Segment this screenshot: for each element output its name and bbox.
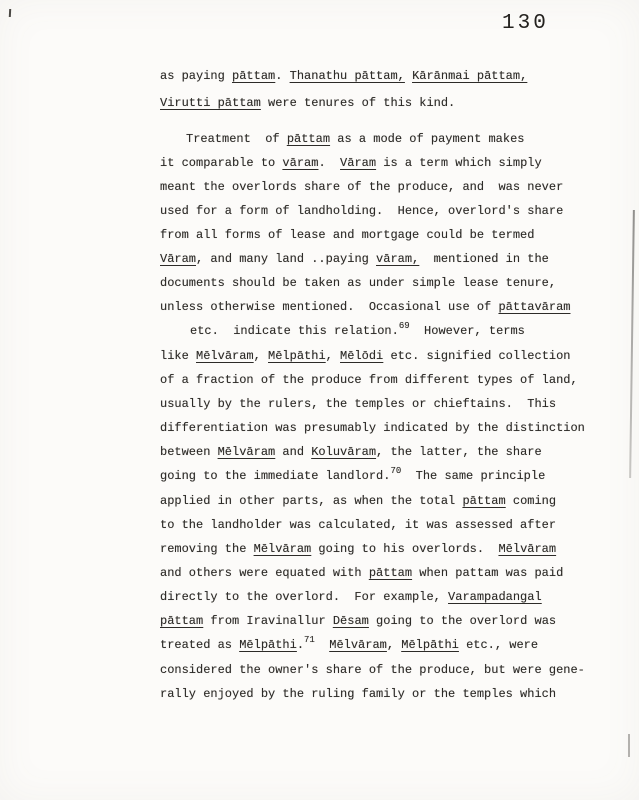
- underlined-term: Mēlvāram: [196, 349, 254, 363]
- underlined-term: Kārānmai pāttam,: [412, 69, 527, 83]
- text-line: going to the immediate landlord.70 The s…: [160, 464, 603, 489]
- text-line: directly to the overlord. For example, V…: [160, 585, 603, 609]
- underlined-term: Mēlpāthi: [239, 638, 297, 652]
- text-run: treated as: [160, 638, 239, 652]
- text-run: ,: [254, 349, 268, 363]
- text-line: documents should be taken as under simpl…: [160, 271, 603, 295]
- text-line: Treatment of pāttam as a mode of payment…: [160, 127, 603, 151]
- scanned-page: 130 as paying pāttam. Thanathu pāttam, K…: [0, 0, 639, 800]
- text-run: etc., were: [459, 638, 538, 652]
- text-line: differentiation was presumably indicated…: [160, 416, 603, 440]
- scan-artifact-line: [628, 734, 630, 757]
- text-line: it comparable to vāram. Vāram is a term …: [160, 151, 603, 175]
- text-run: etc. indicate this relation.: [190, 324, 399, 338]
- text-run: unless otherwise mentioned. Occasional u…: [160, 300, 498, 314]
- footnote-reference: 69: [399, 321, 410, 331]
- text-line: as paying pāttam. Thanathu pāttam, Kārān…: [160, 63, 603, 90]
- text-line: applied in other parts, as when the tota…: [160, 489, 603, 513]
- text-run: considered the owner's share of the prod…: [160, 663, 585, 677]
- text-line: unless otherwise mentioned. Occasional u…: [160, 295, 603, 319]
- underlined-term: Varampadangal: [448, 590, 542, 604]
- text-run: ,: [387, 638, 401, 652]
- text-run: and others were equated with: [160, 566, 369, 580]
- text-line: rally enjoyed by the ruling family or th…: [160, 682, 603, 706]
- text-run: going to his overlords.: [311, 542, 498, 556]
- underlined-term: Mēlpāthi: [268, 349, 326, 363]
- text-run: .: [297, 638, 304, 652]
- text-block: as paying pāttam. Thanathu pāttam, Kārān…: [0, 0, 639, 800]
- text-run: it comparable to: [160, 156, 282, 170]
- text-run: etc. signified collection: [383, 349, 570, 363]
- text-run: ,: [326, 349, 340, 363]
- text-run: The same principle: [401, 469, 545, 483]
- text-line: etc. indicate this relation.69 However, …: [160, 319, 603, 344]
- text-run: [405, 69, 412, 83]
- text-line: meant the overlords share of the produce…: [160, 175, 603, 199]
- text-run: from Iravinallur: [203, 614, 333, 628]
- text-run: like: [160, 349, 196, 363]
- text-run: from all forms of lease and mortgage cou…: [160, 228, 534, 242]
- text-run: as paying: [160, 69, 232, 83]
- text-run: .: [275, 69, 289, 83]
- text-run: mentioned in the: [419, 252, 549, 266]
- underlined-term: Dēsam: [333, 614, 369, 628]
- text-run: going to the overlord was: [369, 614, 556, 628]
- footnote-reference: 71: [304, 635, 315, 645]
- underlined-term: Vāram: [160, 252, 196, 266]
- underlined-term: Thanathu pāttam,: [290, 69, 405, 83]
- text-line: between Mēlvāram and Koluvāram, the latt…: [160, 440, 603, 464]
- text-line: Virutti pāttam were tenures of this kind…: [160, 90, 603, 117]
- text-run: directly to the overlord. For example,: [160, 590, 448, 604]
- text-run: to the landholder was calculated, it was…: [160, 518, 556, 532]
- text-run: used for a form of landholding. Hence, o…: [160, 204, 563, 218]
- text-line: to the landholder was calculated, it was…: [160, 513, 603, 537]
- underlined-term: Mēlvāram: [254, 542, 312, 556]
- text-line: pāttam from Iravinallur Dēsam going to t…: [160, 609, 603, 633]
- underlined-term: vāram,: [376, 252, 419, 266]
- underlined-term: vāram: [282, 156, 318, 170]
- text-line: removing the Mēlvāram going to his overl…: [160, 537, 603, 561]
- text-run: documents should be taken as under simpl…: [160, 276, 556, 290]
- underlined-term: pāttam: [160, 614, 203, 628]
- text-run: However, terms: [410, 324, 525, 338]
- footnote-reference: 70: [390, 466, 401, 476]
- underlined-term: Vāram: [340, 156, 376, 170]
- text-run: usually by the rulers, the temples or ch…: [160, 397, 556, 411]
- underlined-term: pāttam: [369, 566, 412, 580]
- underlined-term: Mēlvāram: [498, 542, 556, 556]
- underlined-term: Koluvāram: [311, 445, 376, 459]
- underlined-term: pāttavāram: [498, 300, 570, 314]
- text-run: of a fraction of the produce from differ…: [160, 373, 578, 387]
- text-run: .: [318, 156, 340, 170]
- text-run: coming: [506, 494, 556, 508]
- underlined-term: Mēlvāram: [329, 638, 387, 652]
- text-line: treated as Mēlpāthi.71 Mēlvāram, Mēlpāth…: [160, 633, 603, 658]
- text-run: Treatment of: [186, 132, 287, 146]
- text-line: of a fraction of the produce from differ…: [160, 368, 603, 392]
- text-run: differentiation was presumably indicated…: [160, 421, 585, 435]
- underlined-term: Virutti pāttam: [160, 96, 261, 110]
- text-run: meant the overlords share of the produce…: [160, 180, 563, 194]
- text-run: between: [160, 445, 218, 459]
- text-line: usually by the rulers, the temples or ch…: [160, 392, 603, 416]
- text-run: and: [275, 445, 311, 459]
- underlined-term: Mēlōdi: [340, 349, 383, 363]
- text-run: removing the: [160, 542, 254, 556]
- text-run: is a term which simply: [376, 156, 542, 170]
- underlined-term: pāttam: [462, 494, 505, 508]
- text-line: Vāram, and many land ..paying vāram, men…: [160, 247, 603, 271]
- underlined-term: Mēlvāram: [218, 445, 276, 459]
- text-run: when pattam was paid: [412, 566, 563, 580]
- text-line: considered the owner's share of the prod…: [160, 658, 603, 682]
- text-run: applied in other parts, as when the tota…: [160, 494, 462, 508]
- continuation-paragraph: as paying pāttam. Thanathu pāttam, Kārān…: [160, 63, 603, 117]
- text-line: and others were equated with pāttam when…: [160, 561, 603, 585]
- underlined-term: pāttam: [232, 69, 275, 83]
- text-run: going to the immediate landlord.: [160, 469, 390, 483]
- text-line: from all forms of lease and mortgage cou…: [160, 223, 603, 247]
- text-line: used for a form of landholding. Hence, o…: [160, 199, 603, 223]
- text-line: like Mēlvāram, Mēlpāthi, Mēlōdi etc. sig…: [160, 344, 603, 368]
- text-run: rally enjoyed by the ruling family or th…: [160, 687, 556, 701]
- text-run: [315, 638, 329, 652]
- text-run: , the latter, the share: [376, 445, 542, 459]
- underlined-term: Mēlpāthi: [401, 638, 459, 652]
- text-run: as a mode of payment makes: [330, 132, 524, 146]
- underlined-term: pāttam: [287, 132, 330, 146]
- text-run: , and many land ..paying: [196, 252, 376, 266]
- text-run: were tenures of this kind.: [261, 96, 455, 110]
- main-paragraph: Treatment of pāttam as a mode of payment…: [160, 127, 603, 706]
